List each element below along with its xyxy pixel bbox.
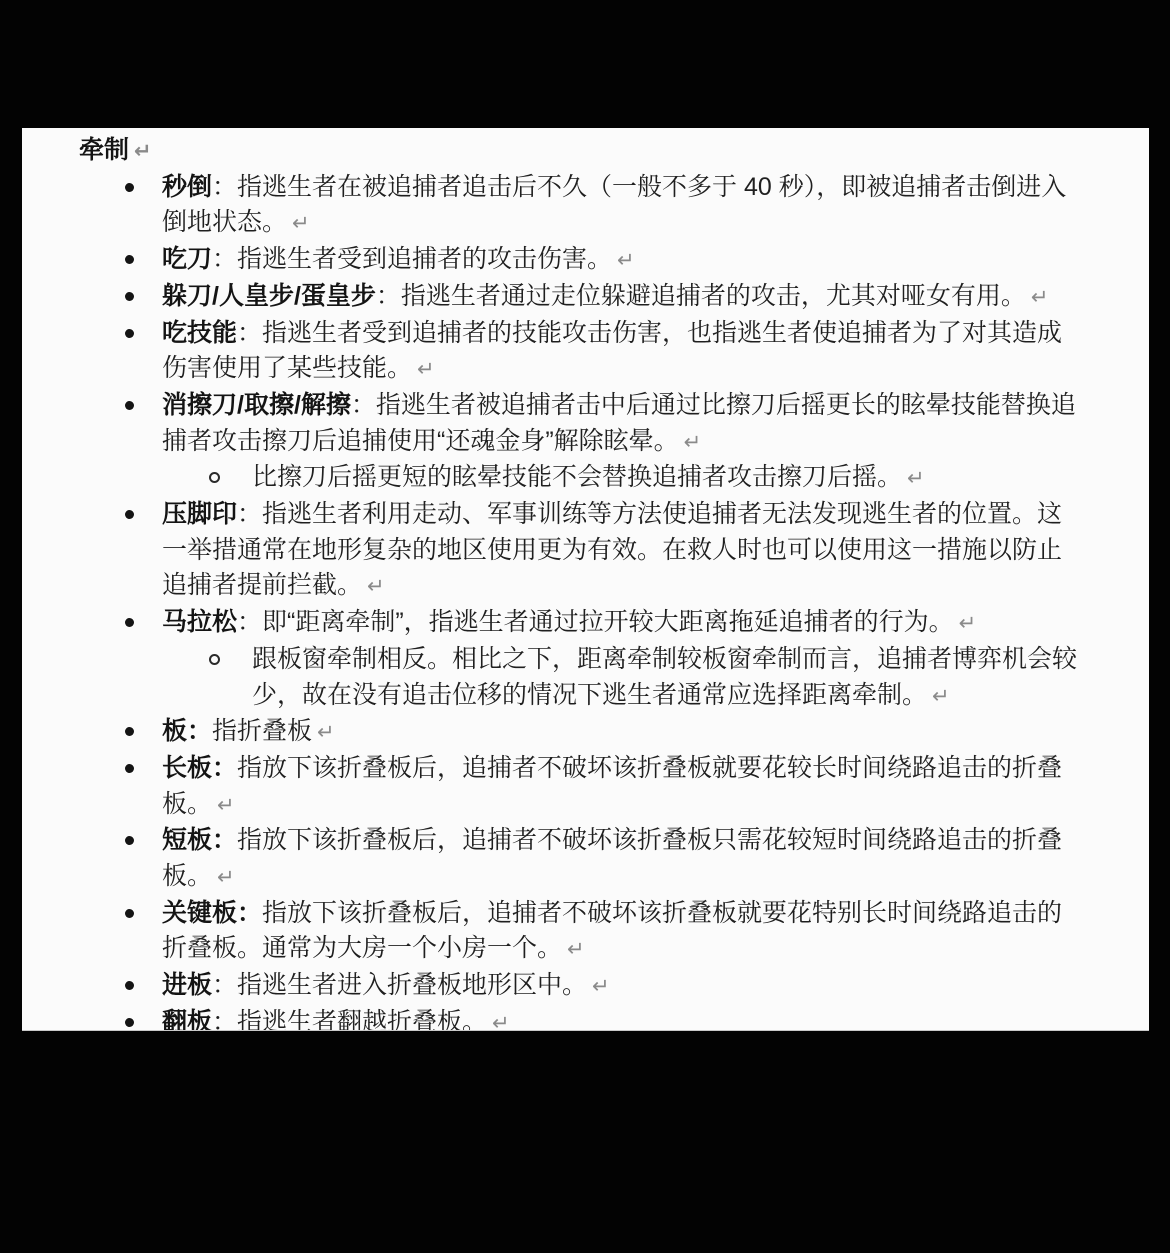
paragraph-mark-icon: ↵ (959, 612, 977, 635)
paragraph-mark-icon: ↵ (617, 249, 635, 272)
definition-text: ：即“距离牵制”，指逃生者通过拉开较大距离拖延追捕者的行为。 (237, 608, 954, 636)
list-item: 压脚印：指逃生者利用走动、军事训练等方法使追捕者无法发现逃生者的位置。这一举措通… (162, 497, 1082, 605)
definition-text: ：指逃生者利用走动、军事训练等方法使追捕者无法发现逃生者的位置。这一举措通常在地… (162, 500, 1062, 599)
paragraph-mark-icon: ↵ (417, 358, 435, 381)
bullet-icon (125, 1018, 134, 1027)
term-label: 压脚印 (162, 500, 237, 528)
paragraph-mark-icon: ↵ (684, 431, 702, 454)
bullet-icon (125, 401, 134, 410)
page-title: 牵制↵ (79, 133, 1149, 170)
term-label: 长板： (162, 754, 237, 782)
definition-text: ：指逃生者受到追捕者的技能攻击伤害，也指逃生者使追捕者为了对其造成伤害使用了某些… (162, 319, 1062, 383)
list-item: 吃技能：指逃生者受到追捕者的技能攻击伤害，也指逃生者使追捕者为了对其造成伤害使用… (162, 316, 1082, 388)
term-label: 关键板： (162, 899, 262, 927)
bullet-icon (125, 292, 134, 301)
sub-list-item: 比擦刀后摇更短的眩晕技能不会替换追捕者攻击擦刀后摇。↵ (252, 460, 1082, 497)
list-item: 马拉松：即“距离牵制”，指逃生者通过拉开较大距离拖延追捕者的行为。↵ 跟板窗牵制… (162, 605, 1082, 714)
glossary-list: 秒倒：指逃生者在被追捕者追击后不久（一般不多于 40 秒），即被追捕者击倒进入倒… (22, 170, 1149, 1031)
definition-text: 指放下该折叠板后，追捕者不破坏该折叠板就要花较长时间绕路追击的折叠板。 (162, 754, 1062, 818)
sub-list: 跟板窗牵制相反。相比之下，距离牵制较板窗牵制而言，追捕者博弈机会较少，故在没有追… (252, 642, 1082, 714)
paragraph-mark-icon: ↵ (492, 1012, 510, 1031)
term-label: 躲刀/人皇步/蛋皇步 (162, 282, 376, 310)
list-item: 吃刀：指逃生者受到追捕者的攻击伤害。↵ (162, 242, 1082, 279)
list-item: 短板：指放下该折叠板后，追捕者不破坏该折叠板只需花较短时间绕路追击的折叠板。↵ (162, 823, 1082, 895)
list-item: 进板：指逃生者进入折叠板地形区中。↵ (162, 968, 1082, 1005)
definition-text: ：指逃生者受到追捕者的攻击伤害。 (212, 245, 612, 273)
definition-text: ：指逃生者进入折叠板地形区中。 (212, 971, 587, 999)
paragraph-mark-icon: ↵ (1031, 286, 1049, 309)
circle-bullet-icon (209, 472, 220, 483)
list-item: 长板：指放下该折叠板后，追捕者不破坏该折叠板就要花较长时间绕路追击的折叠板。↵ (162, 751, 1082, 823)
list-item: 秒倒：指逃生者在被追捕者追击后不久（一般不多于 40 秒），即被追捕者击倒进入倒… (162, 170, 1082, 242)
list-item: 关键板：指放下该折叠板后，追捕者不破坏该折叠板就要花特别长时间绕路追击的折叠板。… (162, 896, 1082, 968)
definition-text: ：指逃生者通过走位躲避追捕者的攻击，尤其对哑女有用。 (376, 282, 1026, 310)
sub-list-item: 跟板窗牵制相反。相比之下，距离牵制较板窗牵制而言，追捕者博弈机会较少，故在没有追… (252, 642, 1082, 714)
list-item: 消擦刀/取擦/解擦：指逃生者被追捕者击中后通过比擦刀后摇更长的眩晕技能替换追捕者… (162, 388, 1082, 497)
list-item: 翻板：指逃生者翻越折叠板。↵ (162, 1005, 1082, 1031)
term-label: 吃刀 (162, 245, 212, 273)
paragraph-mark-icon: ↵ (367, 575, 385, 598)
paragraph-mark-icon: ↵ (217, 866, 235, 889)
circle-bullet-icon (209, 654, 220, 665)
sub-list: 比擦刀后摇更短的眩晕技能不会替换追捕者攻击擦刀后摇。↵ (252, 460, 1082, 497)
sub-note-text: 跟板窗牵制相反。相比之下，距离牵制较板窗牵制而言，追捕者博弈机会较少，故在没有追… (252, 645, 1077, 709)
definition-text: 指折叠板 (212, 717, 312, 745)
definition-text: 指放下该折叠板后，追捕者不破坏该折叠板只需花较短时间绕路追击的折叠板。 (162, 826, 1062, 890)
bullet-icon (125, 510, 134, 519)
bullet-icon (125, 836, 134, 845)
term-label: 秒倒 (162, 173, 212, 201)
term-label: 进板 (162, 971, 212, 999)
paragraph-mark-icon: ↵ (567, 938, 585, 961)
title-text: 牵制 (79, 136, 129, 164)
list-item: 躲刀/人皇步/蛋皇步：指逃生者通过走位躲避追捕者的攻击，尤其对哑女有用。↵ (162, 279, 1082, 316)
term-label: 短板： (162, 826, 237, 854)
term-label: 消擦刀/取擦/解擦 (162, 391, 351, 419)
bullet-icon (125, 909, 134, 918)
bullet-icon (125, 255, 134, 264)
paragraph-mark-icon: ↵ (317, 721, 335, 744)
list-item: 板：指折叠板↵ (162, 714, 1082, 751)
paragraph-mark-icon: ↵ (932, 685, 950, 708)
bullet-icon (125, 618, 134, 627)
paragraph-mark-icon: ↵ (907, 467, 925, 490)
bullet-icon (125, 981, 134, 990)
paragraph-mark-icon: ↵ (217, 794, 235, 817)
sub-note-text: 比擦刀后摇更短的眩晕技能不会替换追捕者攻击擦刀后摇。 (252, 463, 902, 491)
bullet-icon (125, 727, 134, 736)
term-label: 马拉松 (162, 608, 237, 636)
bullet-icon (125, 183, 134, 192)
bullet-icon (125, 764, 134, 773)
term-label: 板： (162, 717, 212, 745)
paragraph-mark-icon: ↵ (134, 140, 152, 163)
term-label: 吃技能 (162, 319, 237, 347)
bullet-icon (125, 329, 134, 338)
definition-text: ：指逃生者翻越折叠板。 (212, 1008, 487, 1031)
definition-text: 指放下该折叠板后，追捕者不破坏该折叠板就要花特别长时间绕路追击的折叠板。通常为大… (162, 899, 1062, 963)
paragraph-mark-icon: ↵ (592, 975, 610, 998)
paragraph-mark-icon: ↵ (292, 212, 310, 235)
document-page: 牵制↵ 秒倒：指逃生者在被追捕者追击后不久（一般不多于 40 秒），即被追捕者击… (22, 128, 1149, 1031)
term-label: 翻板 (162, 1008, 212, 1031)
